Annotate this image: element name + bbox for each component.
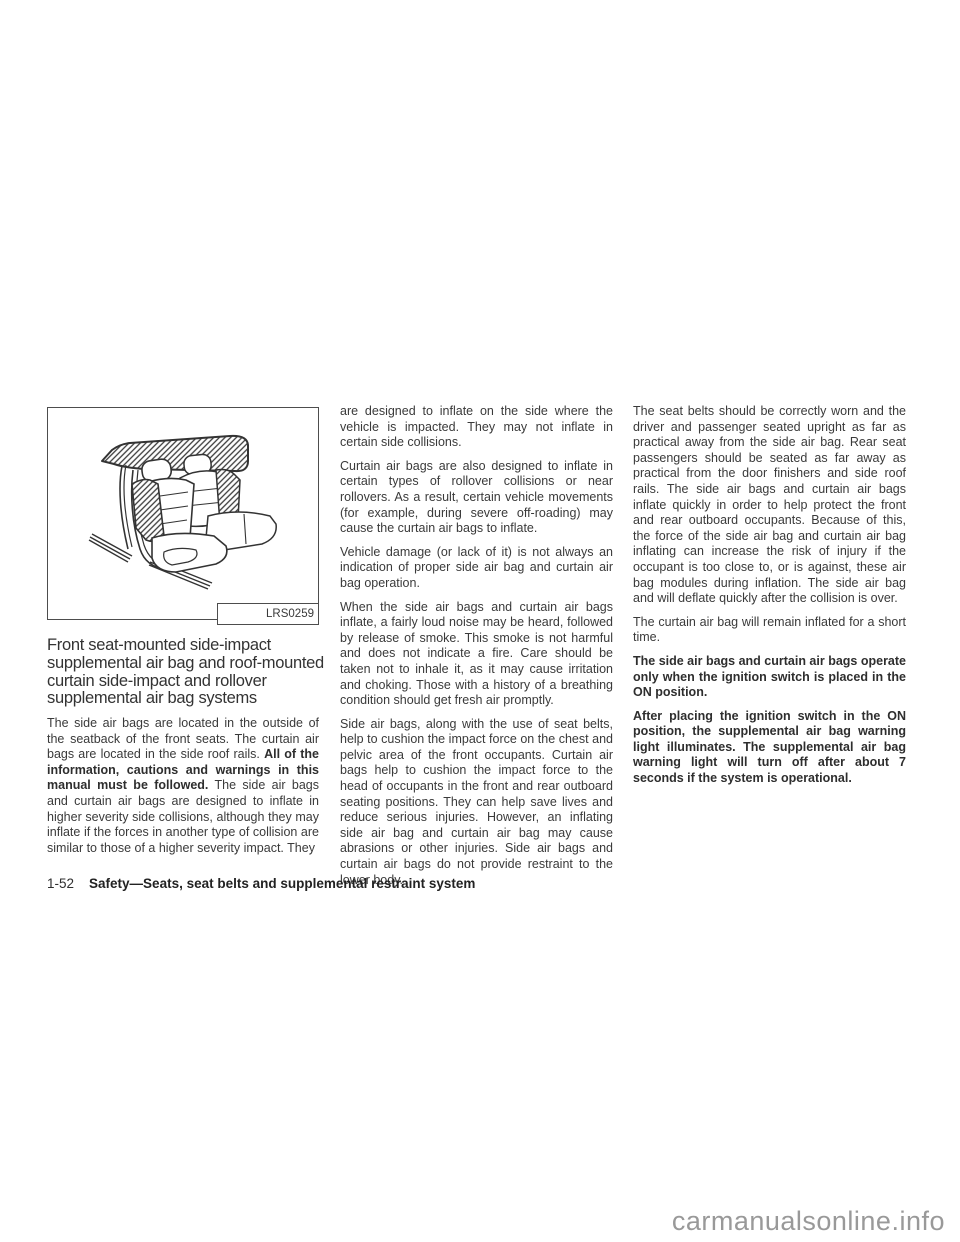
paragraph: When the side air bags and curtain air b…	[340, 600, 613, 709]
paragraph: Side air bags, along with the use of sea…	[340, 717, 613, 889]
paragraph: Curtain air bags are also designed to in…	[340, 459, 613, 537]
section-heading: Front seat-mounted side-impact supplemen…	[47, 637, 327, 708]
bold-paragraph: After placing the ignition switch in the…	[633, 709, 906, 787]
left-column: The side air bags are located in the out…	[47, 716, 319, 856]
curtain-airbag-hatch	[102, 436, 248, 471]
front-cushion	[152, 533, 227, 572]
paragraph: Vehicle damage (or lack of it) is not al…	[340, 545, 613, 592]
figure-code-label: LRS0259	[217, 603, 319, 625]
front-side-airbag-hatch	[132, 480, 164, 542]
figure-seat-airbag-illustration: LRS0259	[47, 407, 319, 620]
footer-section-title: Safety—Seats, seat belts and supplementa…	[89, 876, 475, 891]
paragraph: The curtain air bag will remain inflated…	[633, 615, 906, 646]
paragraph: are designed to inflate on the side wher…	[340, 404, 613, 451]
seat-airbag-drawing	[48, 408, 318, 619]
left-paragraph: The side air bags are located in the out…	[47, 716, 319, 856]
manual-page: LRS0259 Front seat-mounted side-impact s…	[0, 0, 960, 1242]
figure-code-text: LRS0259	[266, 608, 314, 620]
page-footer: 1-52Safety—Seats, seat belts and supplem…	[47, 876, 907, 891]
page-number: 1-52	[47, 876, 74, 891]
middle-column: are designed to inflate on the side wher…	[340, 404, 613, 888]
site-watermark: carmanualsonline.info	[672, 1206, 945, 1237]
paragraph: The seat belts should be correctly worn …	[633, 404, 906, 607]
bold-paragraph: The side air bags and curtain air bags o…	[633, 654, 906, 701]
right-column: The seat belts should be correctly worn …	[633, 404, 906, 787]
